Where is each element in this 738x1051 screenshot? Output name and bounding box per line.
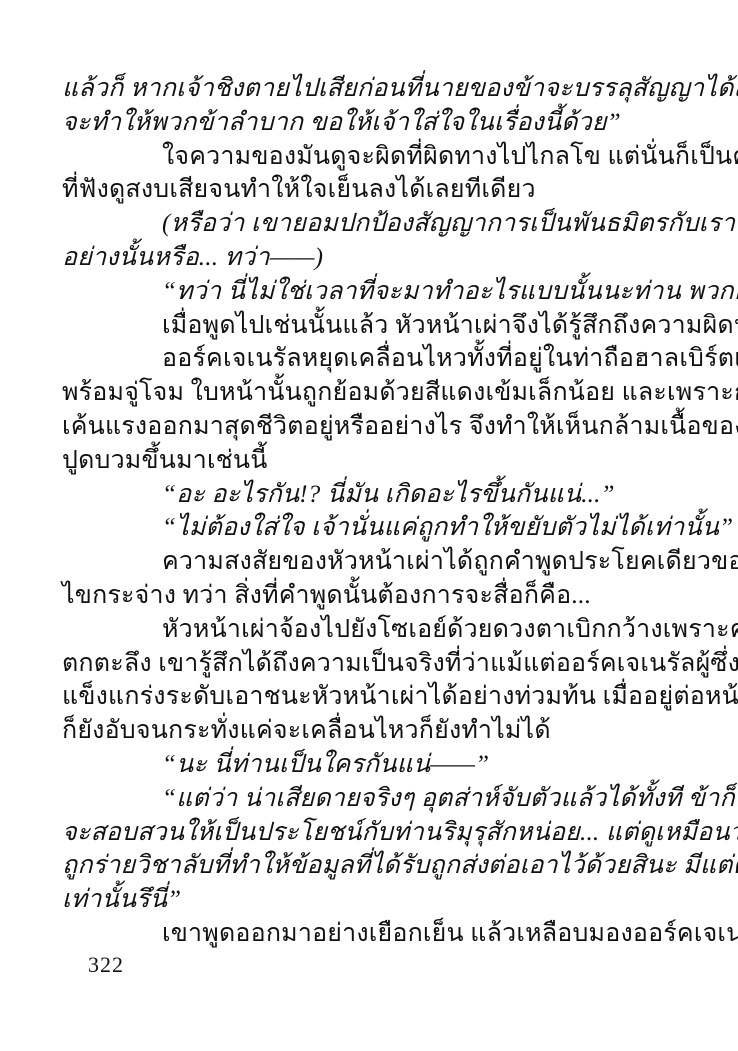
text-line: เมื่อพูดไปเช่นนั้นแล้ว หัวหน้าเผ่าจึงได้… [62,309,686,343]
text-line: หัวหน้าเผ่าจ้องไปยังโซเอย์ด้วยดวงตาเบิกก… [62,613,686,647]
text-line: (หรือว่า เขายอมปกป้องสัญญาการเป็นพันธมิต… [62,207,686,241]
text-line: ใจความของมันดูจะผิดที่ผิดทางไปไกลโข แต่น… [62,140,686,174]
text-line: จะทำให้พวกข้าลำบาก ขอให้เจ้าใส่ใจในเรื่อ… [62,106,686,140]
page-number: 322 [88,952,124,978]
text-line: อย่างนั้นหรือ... ทว่า——) [62,241,686,275]
text-line: “นะ นี่ท่านเป็นใครกันแน่——” [62,748,686,782]
text-line: ไขกระจ่าง ทว่า สิ่งที่คำพูดนั้นต้องการจะ… [62,579,686,613]
text-line: เค้นแรงออกมาสุดชีวิตอยู่หรืออย่างไร จึงท… [62,410,686,444]
text-block: แล้วก็ หากเจ้าชิงตายไปเสียก่อนที่นายของข… [62,72,686,951]
text-line: “ทว่า นี่ไม่ใช่เวลาที่จะมาทำอะไรแบบนั้นน… [62,275,686,309]
text-line: ปูดบวมขึ้นมาเช่นนี้ [62,444,686,478]
text-line: “ไม่ต้องใส่ใจ เจ้านั่นแค่ถูกทำให้ขยับตัว… [62,511,686,545]
text-line: ที่ฟังดูสงบเสียจนทำให้ใจเย็นลงได้เลยทีเด… [62,173,686,207]
text-line: แล้วก็ หากเจ้าชิงตายไปเสียก่อนที่นายของข… [62,72,686,106]
text-line: ตกตะลึง เขารู้สึกได้ถึงความเป็นจริงที่ว่… [62,647,686,681]
text-line: จะสอบสวนให้เป็นประโยชน์กับท่านริมุรุสักห… [62,816,686,850]
text-line: ถูกร่ายวิชาลับที่ทำให้ข้อมูลที่ได้รับถูก… [62,849,686,883]
text-line: ก็ยังอับจนกระทั่งแค่จะเคลื่อนไหวก็ยังทำไ… [62,714,686,748]
text-line: ออร์คเจเนรัลหยุดเคลื่อนไหวทั้งที่อยู่ในท… [62,342,686,376]
text-line: เท่านั้นรึนี่” [62,883,686,917]
book-page: แล้วก็ หากเจ้าชิงตายไปเสียก่อนที่นายของข… [0,0,738,1051]
text-line: พร้อมจู่โจม ใบหน้านั้นถูกย้อมด้วยสีแดงเข… [62,376,686,410]
text-line: “อะ อะไรกัน!? นี่มัน เกิดอะไรขึ้นกันแน่.… [62,478,686,512]
text-line: เขาพูดออกมาอย่างเยือกเย็น แล้วเหลือบมองอ… [62,917,686,951]
text-line: ความสงสัยของหัวหน้าเผ่าได้ถูกคำพูดประโยค… [62,545,686,579]
text-line: “แต่ว่า น่าเสียดายจริงๆ อุตส่าห์จับตัวแล… [62,782,686,816]
text-line: แข็งแกร่งระดับเอาชนะหัวหน้าเผ่าได้อย่างท… [62,680,686,714]
